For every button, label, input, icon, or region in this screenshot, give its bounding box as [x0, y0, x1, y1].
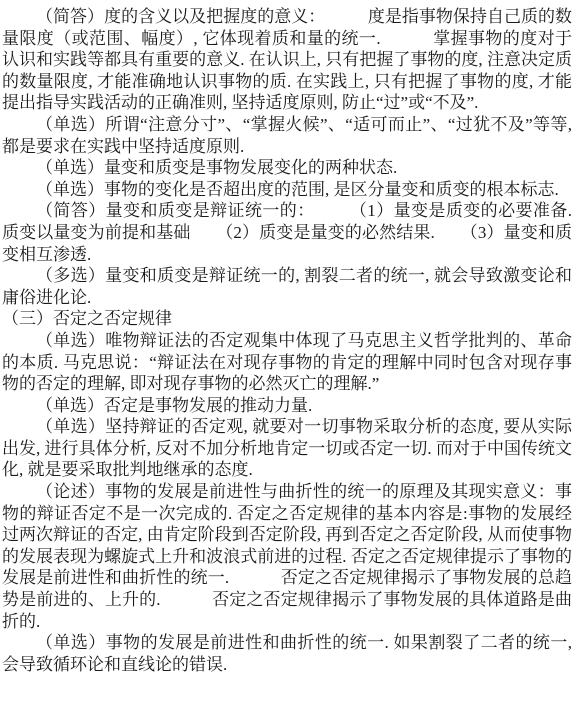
- question-type-label: （单选）: [36, 417, 105, 436]
- question-type-label: （单选）: [36, 115, 105, 134]
- document-page: （简答）度的含义以及把握度的意义： 度是指事物保持自己质的数量限度（或范围、幅度…: [0, 0, 577, 718]
- question-type-label: （单选）: [36, 396, 104, 415]
- paragraph-text: 否定是事物发展的推动力量.: [104, 396, 312, 415]
- section-heading-text: 否定之否定规律: [53, 309, 172, 328]
- question-type-label: （简答）: [36, 201, 106, 220]
- paragraph-text: 事物的变化是否超出度的范围, 是区分量变和质变的根本标志.: [104, 180, 559, 199]
- question-type-label: （单选）: [36, 633, 106, 652]
- para-degree-definition: （简答）度的含义以及把握度的意义： 度是指事物保持自己质的数量限度（或范围、幅度…: [2, 6, 572, 114]
- question-type-label: （单选）: [36, 331, 105, 350]
- section-number-label: （三）: [2, 309, 53, 328]
- para-dialectical-unity-points: （简答）量变和质变是辩证统一的： （1）量变是质变的必要准备. 质变以量变为前提…: [2, 200, 572, 265]
- para-split-consequences: （多选）量变和质变是辩证统一的, 割裂二者的统一, 就会导致激变论和庸俗进化论.: [2, 265, 572, 308]
- para-circular-linear-error: （单选）事物的发展是前进性和曲折性的统一. 如果割裂了二者的统一, 会导致循环论…: [2, 632, 572, 675]
- para-forward-tortuous-principle: （论述）事物的发展是前进性与曲折性的统一的原理及其现实意义：事物的辩证否定不是一…: [2, 481, 572, 632]
- paragraph-text: 量变和质变是事物发展变化的两种状态.: [104, 158, 397, 177]
- para-degree-principle-examples: （单选）所谓“注意分寸”、“掌握火候”、“适可而止”、“过犹不及”等等, 都是要…: [2, 114, 572, 157]
- question-type-label: （论述）: [36, 482, 105, 501]
- question-type-label: （单选）: [36, 158, 104, 177]
- para-dialectical-negation-attitude: （单选）坚持辩证的否定观, 就要对一切事物采取分析的态度, 要从实际出发, 进行…: [2, 416, 572, 481]
- question-type-label: （多选）: [36, 266, 105, 285]
- para-two-states: （单选）量变和质变是事物发展变化的两种状态.: [2, 157, 572, 179]
- paragraph-text: 事物的发展是前进性与曲折性的统一的原理及其现实意义：事物的辩证否定不是一次完成的…: [2, 482, 572, 631]
- para-negation-driving-force: （单选）否定是事物发展的推动力量.: [2, 395, 572, 417]
- section-heading-negation-law: （三）否定之否定规律: [2, 308, 572, 330]
- question-type-label: （单选）: [36, 180, 104, 199]
- para-distinguish-criterion: （单选）事物的变化是否超出度的范围, 是区分量变和质变的根本标志.: [2, 179, 572, 201]
- para-negation-view-marx: （单选）唯物辩证法的否定观集中体现了马克思主义哲学批判的、革命的本质. 马克思说…: [2, 330, 572, 395]
- question-type-label: （简答）: [36, 7, 104, 26]
